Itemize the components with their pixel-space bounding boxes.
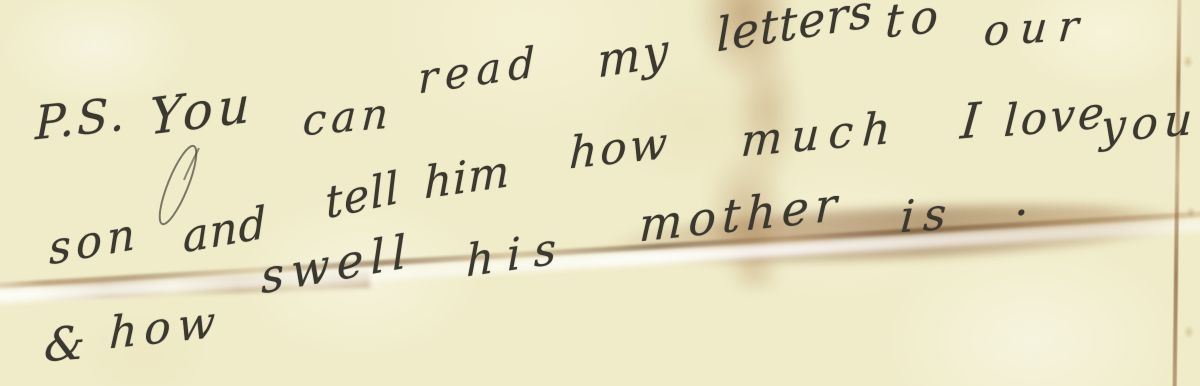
handwritten-word: how bbox=[568, 121, 670, 176]
handwritten-word: much bbox=[740, 106, 901, 164]
letter-scan: P.S. You can read my letters to our son … bbox=[0, 0, 1200, 386]
handwritten-word: can bbox=[302, 92, 394, 142]
handwriting-line-2: son and tell him how much I love you bbox=[0, 0, 1200, 386]
handwriting-line-1: P.S. You can read my letters to our bbox=[0, 0, 1200, 386]
paper-stain-crease-left bbox=[40, 272, 370, 300]
handwritten-word: his bbox=[466, 226, 569, 285]
right-fold-paper-strip bbox=[1180, 0, 1200, 386]
handwritten-word: read bbox=[418, 41, 542, 101]
handwriting-line-3: & how swell his mother is . bbox=[0, 0, 1200, 386]
horizontal-fold-crease bbox=[0, 197, 1200, 312]
crease-highlight bbox=[0, 216, 1200, 304]
pen-flourish-descender bbox=[0, 0, 1200, 386]
handwritten-word: & bbox=[43, 319, 85, 368]
handwritten-word: letters bbox=[716, 0, 874, 58]
handwritten-word: our bbox=[982, 4, 1091, 52]
handwritten-word: swell bbox=[260, 227, 414, 300]
handwritten-word: . bbox=[1014, 176, 1029, 222]
handwritten-word: I bbox=[959, 96, 982, 146]
vertical-fold-crease bbox=[1173, 0, 1182, 386]
handwritten-word: son bbox=[48, 212, 141, 272]
handwritten-word: tell bbox=[324, 166, 401, 226]
handwritten-word: is bbox=[899, 192, 957, 240]
paper-stain-top bbox=[662, 0, 842, 287]
handwritten-word: you bbox=[1100, 97, 1200, 150]
handwritten-word: my bbox=[597, 26, 671, 84]
handwritten-word: love bbox=[1003, 91, 1108, 144]
handwritten-word: him bbox=[424, 150, 510, 207]
handwritten-word: to bbox=[884, 0, 945, 44]
handwritten-word: P.S. bbox=[35, 90, 127, 146]
crease-discoloration bbox=[0, 209, 1200, 290]
handwritten-word: You bbox=[149, 79, 255, 142]
handwritten-word: mother bbox=[638, 181, 843, 249]
paper-stain-crease-right bbox=[599, 195, 1191, 272]
handwritten-word: how bbox=[108, 300, 222, 356]
handwritten-word: and bbox=[182, 201, 268, 260]
